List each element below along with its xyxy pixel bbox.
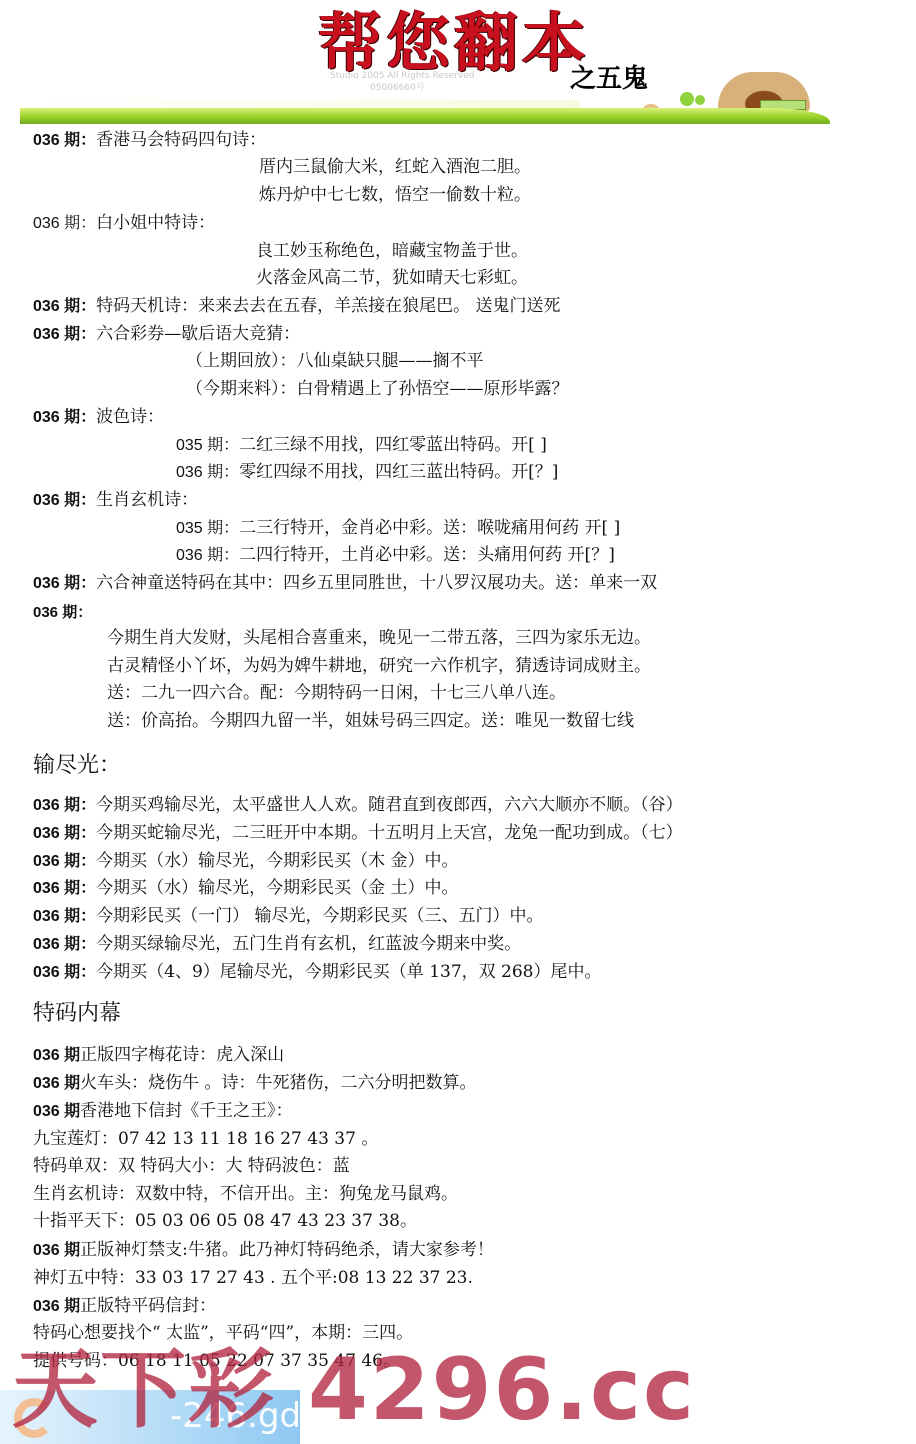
text-line: 036 期：今期买绿输尽光，五门生肖有玄机，红蓝波今期来中奖。 — [33, 933, 521, 956]
poem-line: 厝内三鼠偷大米，红蛇入酒泡二胆。 — [259, 156, 531, 178]
text-line: 036 期：生肖玄机诗： — [33, 489, 198, 512]
text-line: 036 期：今期买（水）输尽光，今期彩民买（木 金）中。 — [33, 850, 459, 873]
text-line: 特码单双：双 特码大小：大 特码波色：蓝 — [33, 1155, 350, 1177]
section-heading: 输尽光： — [33, 752, 121, 780]
poem-line: 火落金风高二节，犹如晴天七彩虹。 — [256, 267, 528, 289]
poem-line: 炼丹炉中七七数，悟空一偷数十粒。 — [259, 184, 531, 206]
faded-line: 05006660号 — [330, 82, 570, 94]
text-line: 036 期正版四字梅花诗：虎入深山 — [33, 1044, 284, 1067]
poem-line: 送：二九一四六合。配：今期特码一日闲，十七三八单八连。 — [107, 682, 566, 704]
text-line: 036 期：今期买（水）输尽光，今期彩民买（金 土）中。 — [33, 877, 459, 900]
text-line: 036 期正版特平码信封： — [33, 1295, 216, 1318]
poem-line: 古灵精怪小丫坏，为妈为婢牛耕地，研究一六作机字，猜透诗词成财主。 — [107, 655, 651, 677]
text-line: 035 期：二红三绿不用找，四红零蓝出特码。开[ ] — [176, 434, 547, 457]
watermark-main: 天下彩 4296.cc — [12, 1340, 696, 1440]
text-line: 036 期：今期买蛇输尽光，二三旺开中本期。十五明月上天宫，龙兔一配功到成。（七… — [33, 822, 683, 845]
text-line: 036 期：零红四绿不用找，四红三蓝出特码。开[？] — [176, 461, 558, 484]
text-line: 036 期：香港马会特码四句诗： — [33, 129, 266, 152]
poem-line: 送：价高抬。今期四九留一半，姐妹号码三四定。送：唯见一数留七线 — [107, 710, 634, 732]
text-line: 036 期：波色诗： — [33, 406, 164, 429]
number-line: 十指平天下：05 03 06 05 08 47 43 23 37 38。 — [33, 1210, 417, 1232]
number-line: 九宝莲灯：07 42 13 11 18 16 27 43 37 。 — [33, 1128, 378, 1150]
text-line: 036 期：六合彩券—歇后语大竞猜： — [33, 323, 300, 346]
poem-line: 今期生肖大发财，头尾相合喜重来，晚见一二带五落，三四为家乐无边。 — [107, 627, 651, 649]
banner-title: 帮您翻本 — [318, 8, 590, 80]
text-line: 036 期：特码天机诗：来来去去在五春，羊羔接在狼尾巴。 送鬼门送死 — [33, 295, 561, 318]
header-banner: Studio 2005 All Rights Reserved 05006660… — [0, 0, 916, 128]
text-line: 036 期香港地下信封《千王之王》： — [33, 1100, 293, 1123]
banner-subtitle: 之五鬼 — [570, 58, 648, 95]
number-line: 神灯五中特：33 03 17 27 43 . 五个平:08 13 22 37 2… — [33, 1267, 473, 1289]
text-line: 036 期：今期彩民买（一门） 输尽光，今期彩民买（三、五门）中。 — [33, 905, 544, 928]
text-line: 036 期火车头：烧伤牛 。诗：牛死猪伤，二六分明把数算。 — [33, 1072, 477, 1095]
riddle-line: （上期回放）：八仙桌缺只腿——搁不平 — [186, 350, 484, 372]
poem-line: 良工妙玉称绝色，暗藏宝物盖于世。 — [256, 240, 528, 262]
text-line: 036 期：今期买鸡输尽光，太平盛世人人欢。随君直到夜郎西，六六大顺亦不顺。（谷… — [33, 794, 683, 817]
text-line: 036 期：白小姐中特诗： — [33, 212, 215, 235]
text-line: 035 期：二三行特开，金肖必中彩。送：喉咙痛用何药 开[ ] — [176, 517, 620, 540]
text-line: 036 期： — [33, 601, 92, 624]
text-line: 036 期：二四行特开，土肖必中彩。送：头痛用何药 开[？] — [176, 544, 615, 567]
tree-decoration-icon — [680, 92, 694, 106]
text-line: 036 期正版神灯禁支:牛猪。此乃神灯特码绝杀，请大家参考！ — [33, 1239, 494, 1262]
text-line: 036 期：今期买（4、9）尾输尽光，今期彩民买（单 137，双 268）尾中。 — [33, 961, 602, 984]
tree-decoration-icon — [695, 95, 705, 105]
section-heading: 特码内幕 — [33, 1000, 121, 1028]
grass-strip — [20, 108, 830, 124]
text-line: 036 期：六合神童送特码在其中：四乡五里同胜世，十八罗汉展功夫。送：单来一双 — [33, 572, 657, 595]
text-line: 生肖玄机诗：双数中特，不信开出。主：狗兔龙马鼠鸡。 — [33, 1183, 458, 1205]
riddle-line: （今期来料）：白骨精遇上了孙悟空——原形毕露？ — [186, 378, 569, 400]
